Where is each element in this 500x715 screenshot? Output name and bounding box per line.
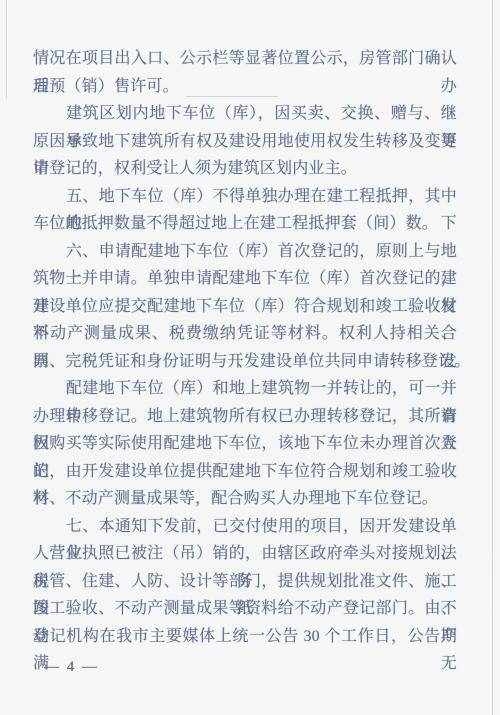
document-text-line: 六、申请配建地下车位（库）首次登记的，原则上与地上建 <box>33 238 457 266</box>
document-text-line: 建设单位应提交配建地下车位（库）符合规划和竣工验收材料、 <box>33 293 457 321</box>
scan-edge-right <box>492 0 493 715</box>
document-text-line: 请登记的，权利受让人须为建筑区划内业主。 <box>33 155 457 183</box>
document-text-line: 原因导致地下建筑所有权及建设用地使用权发生转移及变更申 <box>33 128 457 156</box>
document-text-line: 料、不动产测量成果等，配合购买人办理地下车位登记。 <box>33 485 457 513</box>
document-text-line: 建筑区划内地下车位（库），因买卖、交换、赠与、继承等 <box>33 100 457 128</box>
document-body: 情况在项目出入口、公示栏等显著位置公示，房管部门确认后办理预（销）售许可。建筑区… <box>33 45 457 650</box>
document-text-line: 的，由开发建设单位提供配建地下车位符合规划和竣工验收材 <box>33 458 457 486</box>
document-text-line: 竣工验收、不动产测量成果等资料给不动产登记部门。由不动产 <box>33 595 457 623</box>
document-text-line: 配建地下车位（库）和地上建筑物一并转让的，可一并申请 <box>33 375 457 403</box>
document-text-line: 七、本通知下发前，已交付使用的项目，因开发建设单位法 <box>33 513 457 541</box>
document-text-line: 房管、住建、人防、设计等部门，提供规划批准文件、施工图纸、 <box>33 568 457 596</box>
document-text-line: 车位的抵押数量不得超过地上在建工程抵押套（间）数。 <box>33 210 457 238</box>
document-text-line: 票、完税凭证和身份证明与开发建设单位共同申请转移登记。 <box>33 348 457 376</box>
document-text-line: 登记机构在我市主要媒体上统一公告 30 个工作日，公告期满无 <box>33 623 457 651</box>
page-number: — 4 — <box>44 659 99 676</box>
document-page: 情况在项目出入口、公示栏等显著位置公示，房管部门确认后办理预（销）售许可。建筑区… <box>0 0 500 715</box>
document-text-line: 情况在项目出入口、公示栏等显著位置公示，房管部门确认后办 <box>33 45 457 73</box>
document-text-line: 因购买等实际使用配建地下车位，该地下车位未办理首次登记 <box>33 430 457 458</box>
document-text-line: 人营业执照已被注（吊）销的，由辖区政府牵头对接规划、税务、 <box>33 540 457 568</box>
document-text-line: 五、地下车位（库）不得单独办理在建工程抵押，其中地下 <box>33 183 457 211</box>
document-text-line: 筑物一并申请。单独申请配建地下车位（库）首次登记的，开发 <box>33 265 457 293</box>
document-text-line: 不动产测量成果、税费缴纳凭证等材料。权利人持相关合同、发 <box>33 320 457 348</box>
scan-edge-left <box>6 0 7 98</box>
document-text-line: 办理转移登记。地上建筑物所有权已办理转移登记，其所有权人 <box>33 403 457 431</box>
